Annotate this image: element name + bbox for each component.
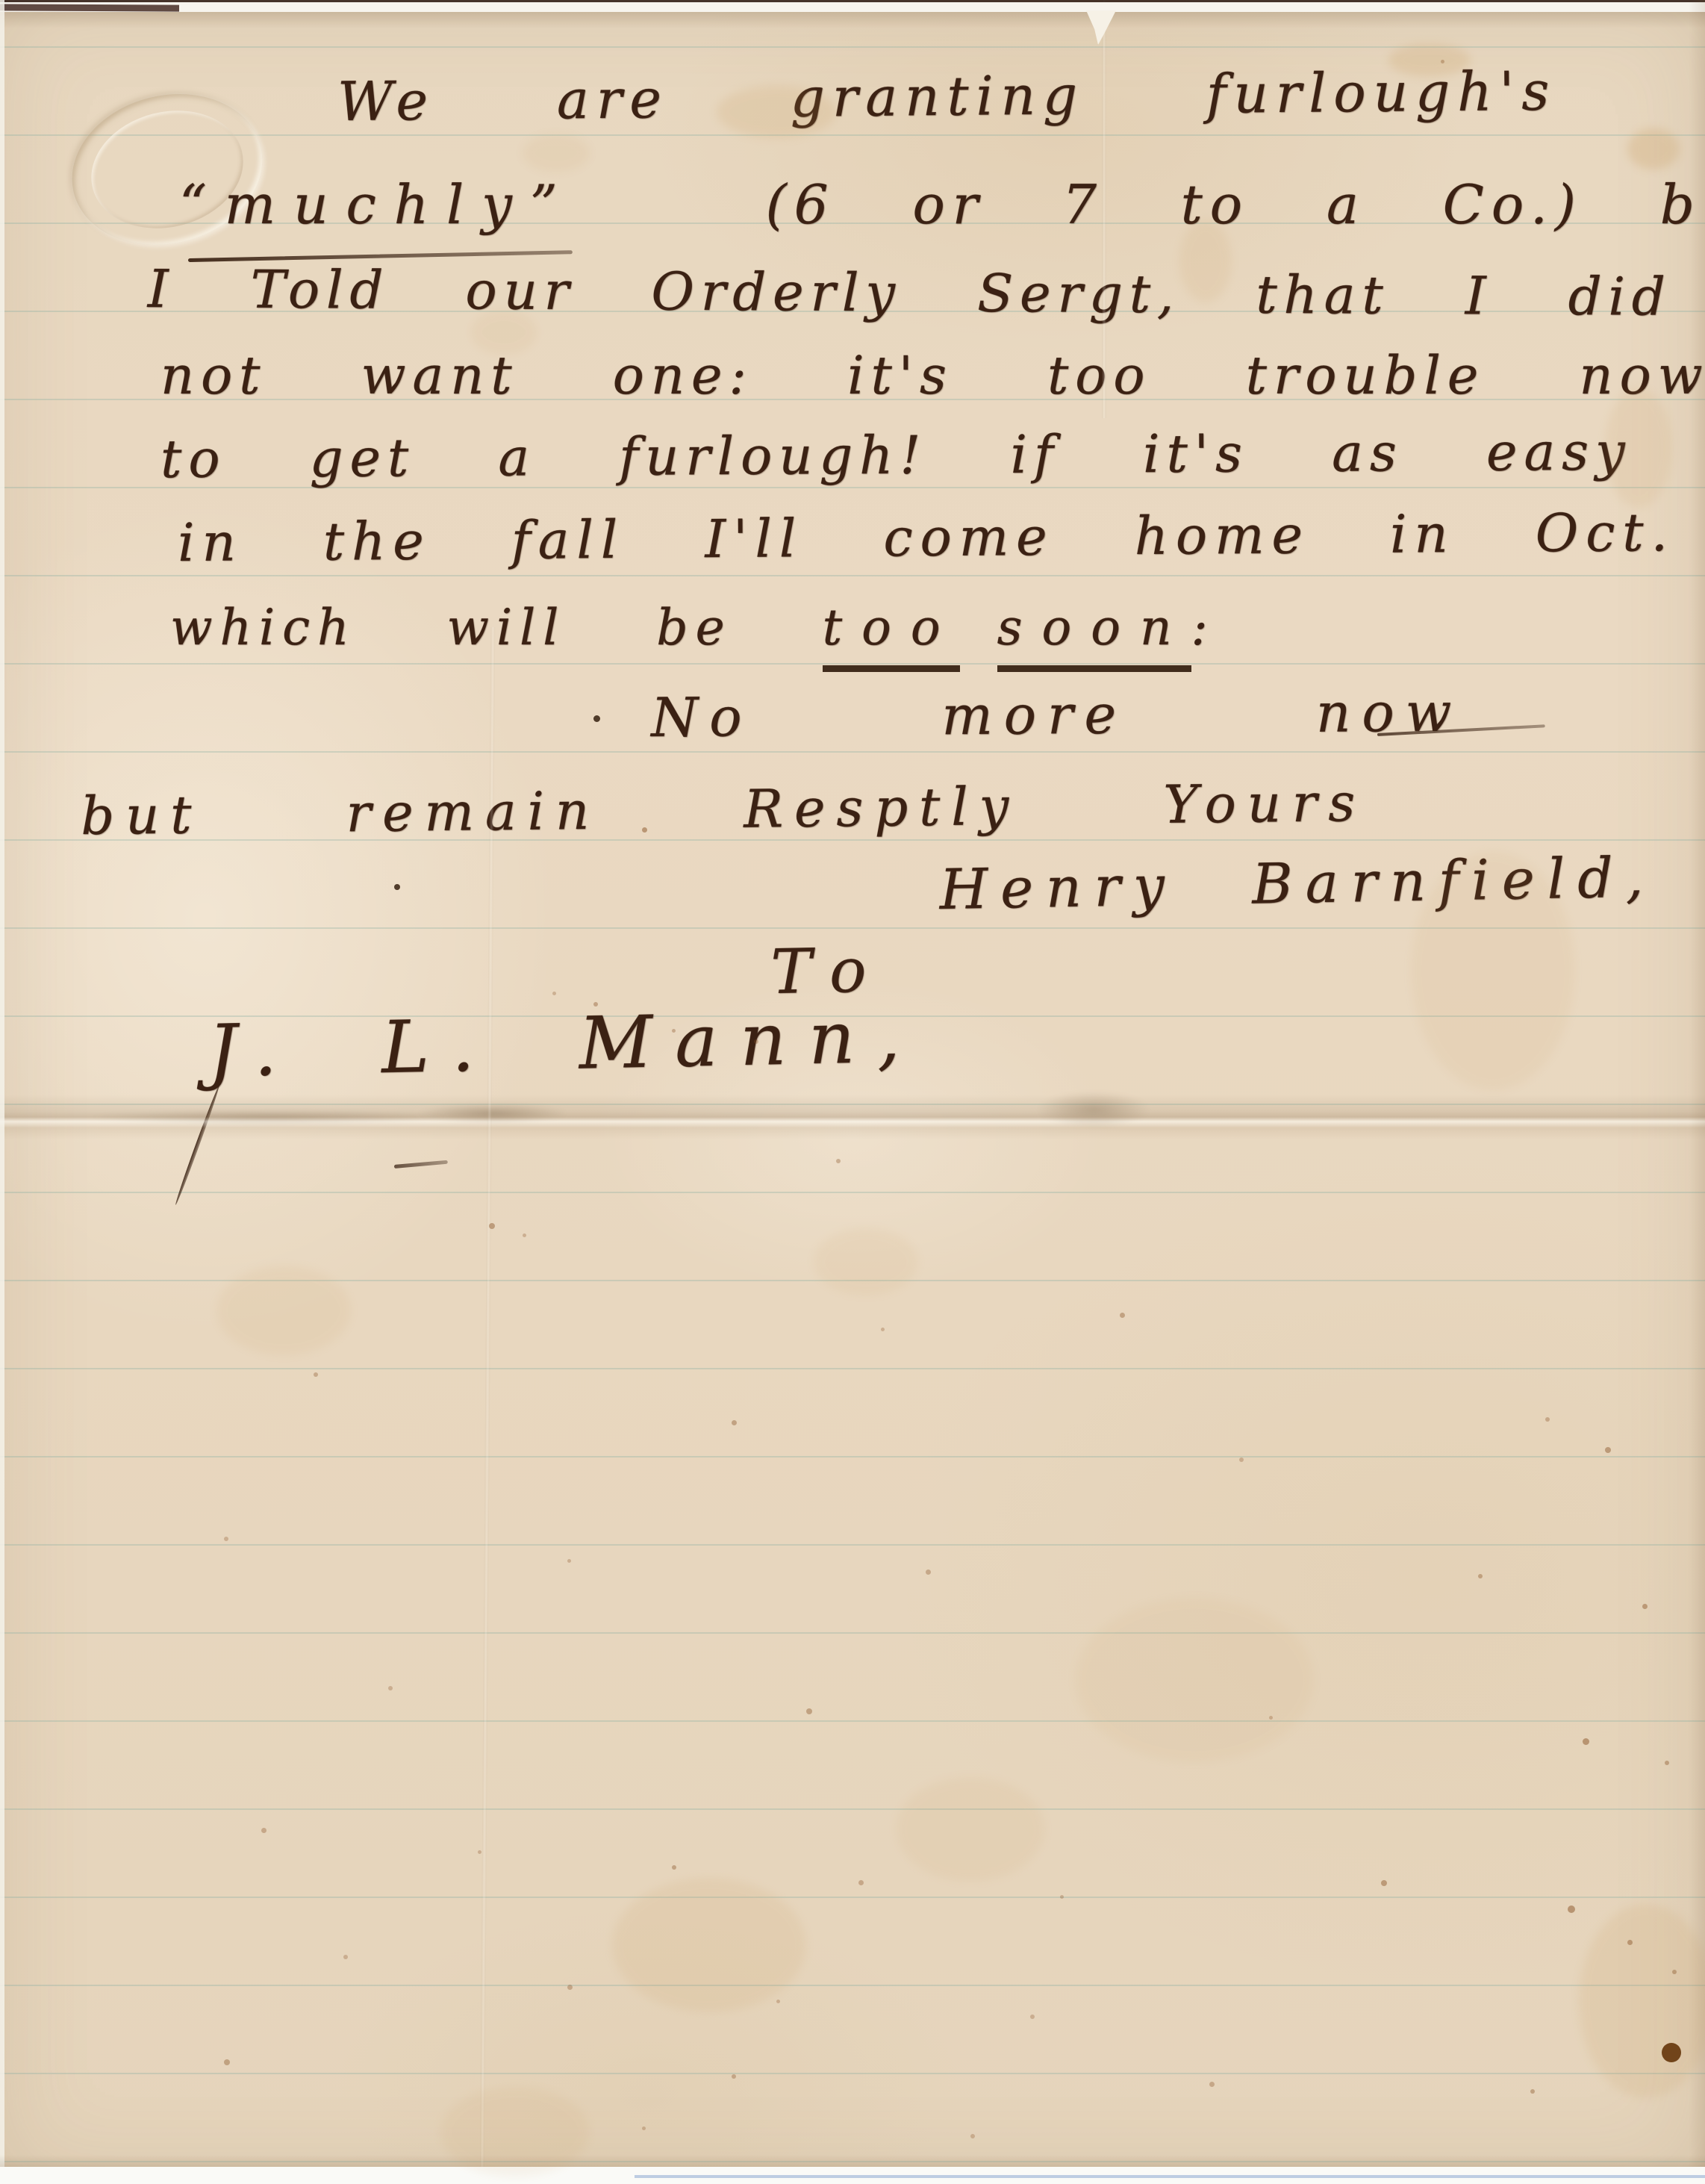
underlined-word-too: too bbox=[823, 599, 960, 672]
aging-stain bbox=[1179, 220, 1232, 302]
aging-stain bbox=[1605, 388, 1672, 508]
foxing-spot bbox=[314, 1372, 318, 1377]
foxing-spot bbox=[224, 1537, 228, 1541]
foxing-spot bbox=[1605, 1447, 1611, 1453]
foxing-spot bbox=[881, 1328, 885, 1331]
scan-edge-bottom-blue-line bbox=[635, 2175, 1705, 2178]
foxing-spot bbox=[1120, 1313, 1125, 1318]
letter-line-5: to get a furlough! if it's as easy bbox=[160, 426, 1632, 485]
line-7-prefix: which will be bbox=[170, 599, 823, 656]
foxing-spot bbox=[806, 1708, 812, 1714]
aging-stain bbox=[896, 1777, 1045, 1882]
letter-line-3: I Told our Orderly Sergt, that I did bbox=[148, 263, 1672, 323]
foxing-spot bbox=[567, 1559, 571, 1563]
foxing-spot bbox=[642, 2127, 646, 2130]
foxing-spot bbox=[1672, 1970, 1677, 1974]
foxing-spot bbox=[1030, 2015, 1035, 2019]
paper-right-edge-shading bbox=[1689, 0, 1705, 2184]
foxing-spot bbox=[489, 1223, 495, 1229]
fold-shadow-left bbox=[90, 1110, 448, 1124]
foxing-spot bbox=[642, 827, 647, 833]
foxing-spot bbox=[1662, 2043, 1681, 2062]
to-label: To bbox=[770, 940, 889, 1004]
aging-stain bbox=[216, 1266, 351, 1355]
aging-stain bbox=[1579, 1904, 1705, 2098]
foxing-spot bbox=[1545, 1417, 1550, 1422]
foxing-spot bbox=[1441, 60, 1444, 63]
fold-pucker-right bbox=[1038, 1092, 1150, 1127]
foxing-spot bbox=[1209, 2082, 1215, 2087]
addressee-jl-mann: J. L. Mann, bbox=[208, 1001, 923, 1087]
ink-dot-before-no bbox=[593, 715, 600, 722]
underlined-word-soon: soon bbox=[997, 599, 1191, 672]
line-7-colon: : bbox=[1191, 599, 1215, 656]
foxing-spot bbox=[776, 2000, 780, 2003]
letter-line-2: “muchly”(6 or 7 to a Co.) but bbox=[179, 178, 1705, 231]
paper-bottom-edge-shadow bbox=[0, 2155, 1705, 2167]
aging-stain bbox=[470, 310, 537, 355]
letter-page: We are granting furlough's “muchly”(6 or… bbox=[0, 0, 1705, 2184]
aging-stain bbox=[1075, 1598, 1314, 1762]
foxing-spot bbox=[388, 1686, 393, 1690]
foxing-spot bbox=[261, 1828, 266, 1833]
fold-pucker-left bbox=[418, 1104, 567, 1123]
aging-stain bbox=[1388, 43, 1471, 77]
foxing-spot bbox=[1269, 1716, 1273, 1720]
foxing-spot bbox=[1060, 1895, 1064, 1899]
paper-top-edge-shadow bbox=[0, 12, 1705, 28]
ink-dot-left-of-to bbox=[394, 884, 400, 890]
foxing-spot bbox=[593, 1002, 598, 1007]
aging-stain bbox=[717, 86, 836, 138]
foxing-spot bbox=[1642, 1604, 1648, 1609]
letter-line-8: No more now bbox=[651, 685, 1463, 744]
quoted-word-muchly: “muchly” bbox=[179, 173, 576, 236]
foxing-spot bbox=[672, 1865, 676, 1870]
foxing-spot bbox=[552, 992, 556, 995]
aging-stain bbox=[1627, 128, 1680, 169]
foxing-spot bbox=[1381, 1880, 1387, 1886]
scan-edge-left-white-strip bbox=[0, 0, 4, 2184]
foxing-spot bbox=[1583, 1738, 1589, 1745]
foxing-spot bbox=[672, 1029, 676, 1033]
foxing-spot bbox=[1627, 1940, 1633, 1945]
foxing-spot bbox=[1478, 1574, 1483, 1578]
foxing-spot bbox=[478, 1850, 481, 1854]
aging-stain bbox=[612, 1878, 806, 2012]
letter-line-9: but remain Resptly Yours bbox=[81, 777, 1367, 842]
foxing-spot bbox=[1239, 1457, 1244, 1462]
letter-line-7: which will be toosoon: bbox=[170, 603, 1215, 653]
aging-stain bbox=[523, 134, 590, 172]
foxing-spot bbox=[926, 1569, 931, 1575]
foxing-spot bbox=[523, 1233, 526, 1237]
foxing-spot bbox=[836, 1159, 841, 1163]
scan-edge-top-left-dark-wedge bbox=[0, 4, 179, 11]
foxing-spot bbox=[970, 2134, 975, 2138]
letter-line-6: in the fall I'll come home in Oct. bbox=[178, 506, 1675, 569]
foxing-spot bbox=[732, 2074, 736, 2079]
letter-line-1: We are granting furlough's bbox=[337, 64, 1557, 128]
foxing-spot bbox=[732, 1420, 737, 1425]
foxing-spot bbox=[858, 1880, 864, 1885]
letter-line-2-rest: (6 or 7 to a Co.) but bbox=[766, 173, 1705, 236]
foxing-spot bbox=[343, 1955, 348, 1959]
aging-stain bbox=[1411, 851, 1575, 1090]
foxing-spot bbox=[567, 1985, 573, 1990]
foxing-spot bbox=[754, 1039, 758, 1044]
foxing-spot bbox=[1530, 2089, 1535, 2094]
foxing-spot bbox=[224, 2059, 230, 2065]
foxing-spot bbox=[1568, 1905, 1575, 1913]
aging-stain bbox=[440, 2087, 590, 2177]
fold-crease-vertical-upper bbox=[1102, 0, 1106, 418]
foxing-spot bbox=[1665, 1761, 1669, 1765]
letter-line-4: not want one: it's too trouble now bbox=[160, 349, 1705, 402]
scan-edge-top-white-strip bbox=[0, 2, 1705, 12]
aging-stain bbox=[814, 1228, 918, 1295]
